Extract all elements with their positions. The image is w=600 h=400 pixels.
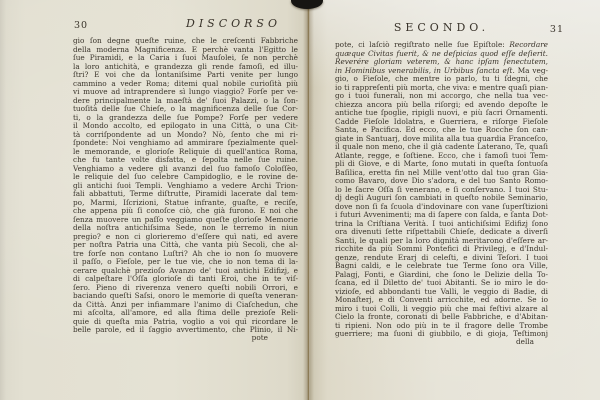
- text-line: Atlante, regge, e ſoſtiene. Ecco, che i …: [335, 152, 548, 161]
- text-line: Venghiamo a vedere gli avanzi del ſuo fa…: [73, 165, 298, 174]
- text-line: le reliquie del ſuo celebre Campidoglio,…: [73, 173, 298, 182]
- text-line: per noſtra Patria una Città, che vanta p…: [73, 241, 298, 250]
- text-line: giate in Santuarj, dove milita alla tua …: [335, 135, 548, 144]
- page-number-right: 31: [550, 24, 564, 35]
- text-line: antiche tue ſpoglie, ripigli nuovi, e pi…: [335, 109, 548, 118]
- text-line: miro i tuoi Colli, li veggio più che mai…: [335, 305, 548, 314]
- text-segment: Ma veg-: [515, 67, 548, 75]
- text-line: ricchite da più Sommi Pontefici di Privi…: [335, 245, 548, 254]
- text-line: ora divenuti ſette riſpettabili Chieſe, …: [335, 228, 548, 237]
- text-line: dere principalmente la maeſtà de' ſuoi P…: [73, 97, 298, 106]
- running-title-right: SECONDO.: [335, 21, 548, 34]
- text-line: pote, ci laſciò regiſtrato nelle ſue Epi…: [335, 41, 548, 50]
- text-line: ſtri? E voi che da lontaniſsime Parti ve…: [73, 71, 298, 80]
- text-line: Palagj, Fonti, e Giardini, che ſono le D…: [335, 271, 548, 280]
- text-line: gio ſon degne queſte ruine, che le creſc…: [73, 37, 298, 46]
- text-line: Santi, le quali per la loro dignità meri…: [335, 237, 548, 246]
- text-line: cammino a veder Roma; ditemi qual nobile…: [73, 80, 298, 89]
- text-line: genze, rendute Erarj di celeſti, e divin…: [335, 254, 548, 263]
- text-line: Monaſterj, e di Conventi arricchite, ed …: [335, 296, 548, 305]
- italic-text-segment: quæque Civitas fuerit, & ne deſpicias qu…: [335, 50, 548, 58]
- text-line: tà corriſpondente ad un Mondo? Nò, ſento…: [73, 131, 298, 140]
- left-page-text: gio ſon degne queſte ruine, che le creſc…: [73, 37, 298, 335]
- left-page: 30 DISCORSO gio ſon degne queſte ruine, …: [0, 0, 308, 400]
- text-line: che appena più ſi conoſce ciò, che già f…: [73, 207, 298, 216]
- text-line: i futuri Avvenimenti; ma di ſapere con ſ…: [335, 211, 548, 220]
- text-line: gli antichi ſuoi Templi. Venghiamo a ved…: [73, 182, 298, 191]
- text-line: lo le ſacre Oſſa ſi venerano, e ſi conſe…: [335, 186, 548, 195]
- text-line: gio, o Fieſole, che mentre io parlo, tu …: [335, 75, 548, 84]
- text-line: vizioſe, ed abbondanti tue Valli, le veg…: [335, 288, 548, 297]
- text-line: mi aſcolta, all'amore, ed alla ſtima del…: [73, 309, 298, 318]
- text-line: il quale non meno, che il già cadente La…: [335, 143, 548, 152]
- text-line: la loro antichità, e grandezza gli rende…: [73, 63, 298, 72]
- italic-text-segment: in Hominibus venerabilis, in Urbibus ſan…: [335, 67, 515, 75]
- text-line: dove non ſi fa ſcuola d'indovinare con v…: [335, 203, 548, 212]
- text-line: ti ripieni. Non odo più in te il fragore…: [335, 322, 548, 331]
- text-line: dj degli Auguri ſon cambiati in queſto n…: [335, 194, 548, 203]
- text-line: baciando queſti Saſsi, onoro le memorie …: [73, 292, 298, 301]
- text-line: che fu tante volte disfatta, e ſepolta n…: [73, 156, 298, 165]
- text-line: della moderna Magnificenza. E perchè van…: [73, 46, 298, 55]
- catchword-right: della: [335, 338, 548, 347]
- text-line: in Hominibus venerabilis, in Urbibus ſan…: [335, 67, 548, 76]
- text-line: cerare qualchè prezioſo Avanzo de' tuoi …: [73, 267, 298, 276]
- right-page-text: pote, ci laſciò regiſtrato nelle ſue Epi…: [335, 41, 548, 339]
- italic-text-segment: Reverére gloriam veterem, & hanc ipſam ſ…: [335, 58, 548, 67]
- book-spread: 30 DISCORSO gio ſon degne queſte ruine, …: [0, 0, 600, 400]
- text-line: trina la Criſtiana Verità. I tuoi antich…: [335, 220, 548, 229]
- text-line: ſero. Pieno di riverenza venero queſti n…: [73, 284, 298, 293]
- page-number-left: 30: [74, 20, 88, 31]
- text-line: quæque Civitas fuerit, & ne deſpicias qu…: [335, 50, 548, 59]
- text-line: ſcana, ed il Diletto de' tuoi Abitanti. …: [335, 279, 548, 288]
- text-line: ſpondete: Noi venghiamo ad ammirare ſpez…: [73, 139, 298, 148]
- catchword-left: pote: [73, 334, 298, 343]
- text-line: pregio? e non ci glorieremo d'eſſere quì…: [73, 233, 298, 242]
- text-line: Santa, e Pacifica. Ed ecco, che le tue R…: [335, 126, 548, 135]
- text-line: fali abbattuti, Terme diſtrutte, Piramid…: [73, 190, 298, 199]
- text-line: vi muove ad intraprendere sì lungo viagg…: [73, 88, 298, 97]
- right-page-header: SECONDO. 31: [335, 21, 548, 37]
- text-line: il paſſo, o Fieſole, per le tue vie, che…: [73, 258, 298, 267]
- left-page-header: 30 DISCORSO: [73, 17, 298, 33]
- text-line: pli di Giove, e di Marte, ſono mutati in…: [335, 160, 548, 169]
- running-title-left: DISCORSO: [186, 17, 281, 30]
- text-line: po, Marmi, Iſcrizioni, Statue infrante, …: [73, 199, 298, 208]
- text-line: chiezza ancora più bella riſorgi; ed ave…: [335, 101, 548, 110]
- text-line: quie di queſta mia Patria, voglio a voi …: [73, 318, 298, 327]
- text-line: como Bavaro, dove Dio s'adora, e del tuo…: [335, 177, 548, 186]
- text-line: il Mondo accolto, ed epilogato in una Ci…: [73, 122, 298, 131]
- text-line: Bagni caldi, e le celebrate tue Terme ſo…: [335, 262, 548, 271]
- text-line: Reverére gloriam veterem, & hanc ipſam ſ…: [335, 58, 548, 67]
- text-line: Cadde Fieſole Idolatra, e Guerriera, e r…: [335, 118, 548, 127]
- text-line: tre forſe non contano Luſtri? Ah che io …: [73, 250, 298, 259]
- page-gutter: [303, 0, 314, 400]
- text-line: ſue Piramidi, e la Caria i ſuoi Mauſolei…: [73, 54, 298, 63]
- text-line: go i tuoi funerali, non mi accorgo, che …: [335, 92, 548, 101]
- text-line: Baſilica, eretta fin nel Mille vent'otto…: [335, 169, 548, 178]
- text-line: tuoſità delle ſue Chieſe, o la magnifice…: [73, 105, 298, 114]
- text-segment: pote, ci laſciò regiſtrato nelle ſue Epi…: [335, 41, 509, 49]
- text-line: della noſtra antichiſsima Sede, non le t…: [73, 224, 298, 233]
- right-page: SECONDO. 31 pote, ci laſciò regiſtrato n…: [310, 0, 600, 400]
- text-line: Cielo la fronte, coronati di belle Fabbr…: [335, 313, 548, 322]
- text-line: le memorande, e glorioſe Reliquie di que…: [73, 148, 298, 157]
- text-line: ſenza muovere un paſſo veggiamo queſte g…: [73, 216, 298, 225]
- text-line: da Città. Anzi per infiammare l'animo di…: [73, 301, 298, 310]
- text-line: ti, o la grandezza delle ſue Pompe? Forſ…: [73, 114, 298, 123]
- text-line: io ti rappreſenti più morta, che viva: e…: [335, 84, 548, 93]
- text-line: di calpeſtare l'Oſſa glorioſe di tanti E…: [73, 275, 298, 284]
